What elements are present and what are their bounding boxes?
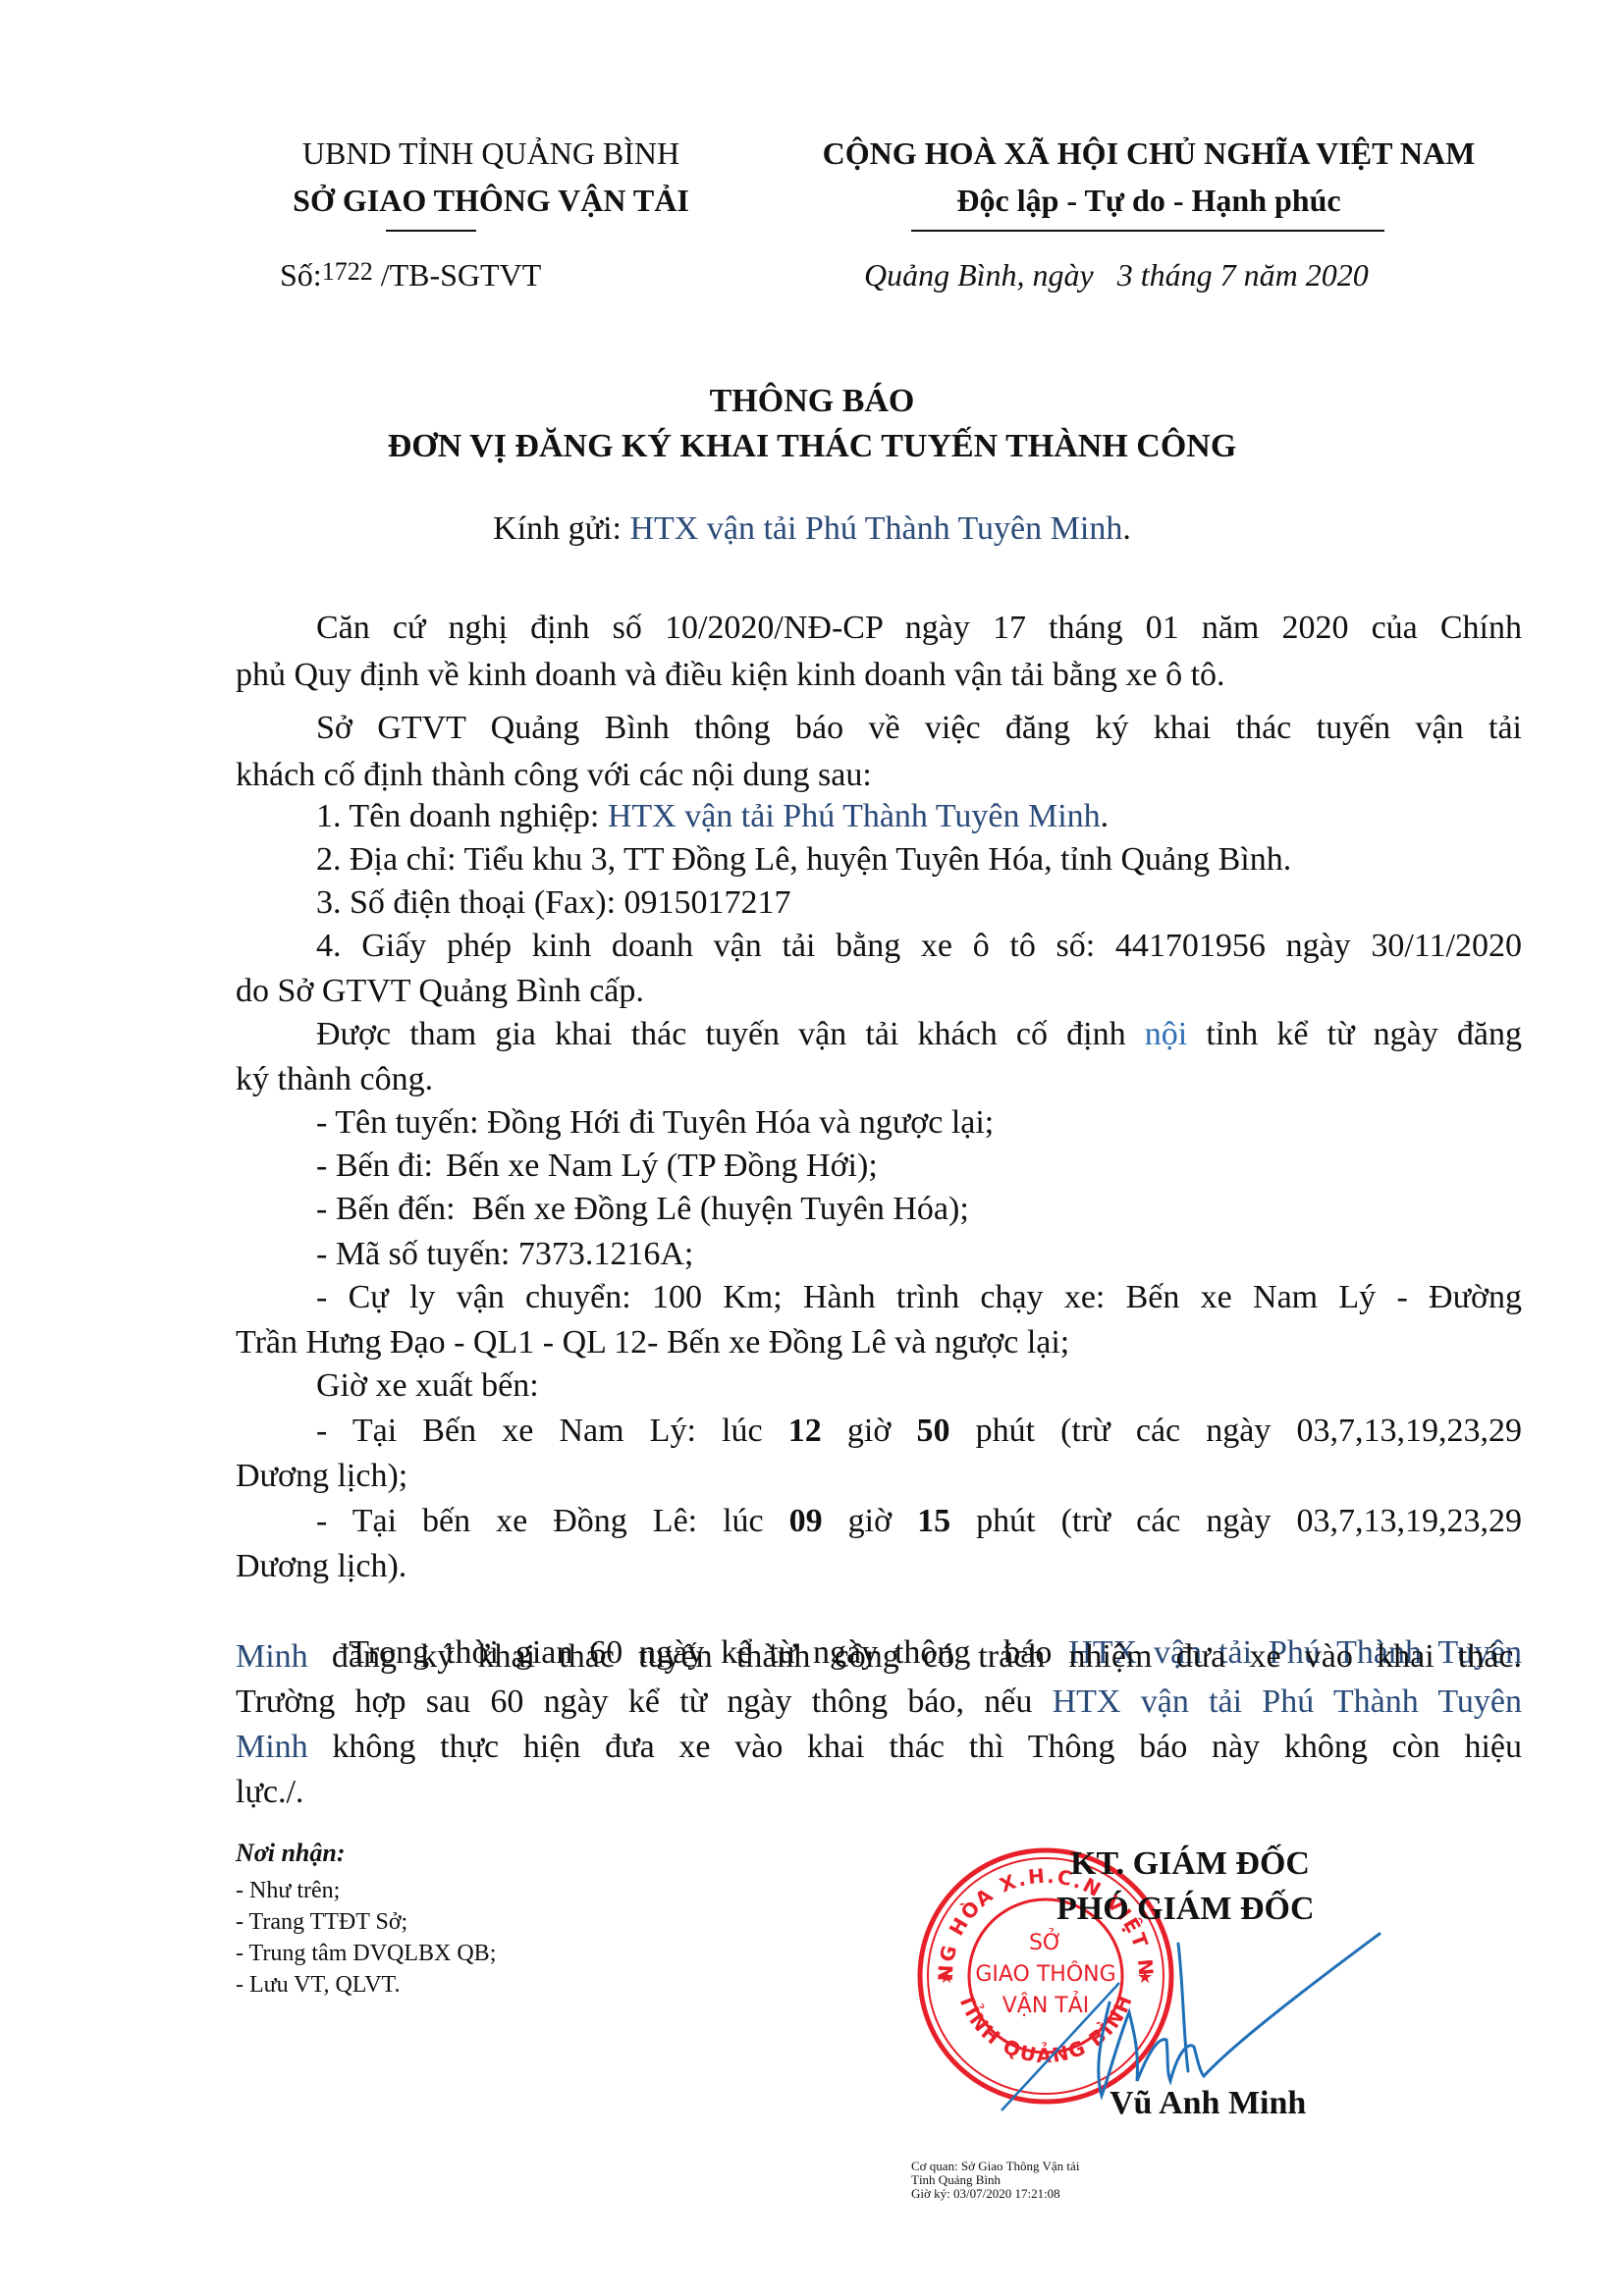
route-arrival: - Bến đến: Bến xe Đồng Lê (huyện Tuyên H…: [236, 1190, 1522, 1229]
route-code: - Mã số tuyến: 7373.1216A;: [236, 1235, 1522, 1274]
sched1-hour: 12: [788, 1413, 822, 1449]
receivers-heading: Nơi nhận:: [236, 1838, 346, 1869]
schedule-nam-ly-2: Dương lịch);: [236, 1457, 1522, 1496]
schedule-dong-le: - Tại bến xe Đồng Lê: lúc 09 giờ 15 phút…: [236, 1502, 1522, 1541]
deadline-text-b: đăng ký khai thác tuyến thành công có tr…: [308, 1638, 1522, 1675]
document-title: THÔNG BÁO: [0, 379, 1624, 424]
paragraph-deadline-5: lực./.: [236, 1773, 1522, 1812]
deadline-company-b: Minh: [236, 1638, 308, 1675]
item-company-name: 1. Tên doanh nghiệp: HTX vận tải Phú Thà…: [236, 797, 1522, 836]
deadline-text-c: Trường hợp sau 60 ngày kể từ ngày thông …: [236, 1683, 1053, 1720]
sched1-b: giờ: [822, 1413, 917, 1449]
sched2-a: - Tại bến xe Đồng Lê: lúc: [316, 1503, 789, 1539]
item-address: 2. Địa chỉ: Tiểu khu 3, TT Đồng Lê, huyệ…: [236, 840, 1522, 880]
paragraph-deadline-3: Trường hợp sau 60 ngày kể từ ngày thông …: [236, 1682, 1522, 1722]
permission-text-highlight: nội: [1145, 1016, 1187, 1052]
document-date: Quảng Bình, ngày 3 tháng 7 năm 2020: [864, 255, 1369, 294]
sched2-hour: 09: [789, 1503, 823, 1539]
deadline-company-d: Minh: [236, 1729, 308, 1765]
route-departure: - Bến đi:Bến xe Nam Lý (TP Đồng Hới);: [236, 1147, 1522, 1186]
item1-end: .: [1101, 798, 1110, 834]
permission-text-a: Được tham gia khai thác tuyến vận tải kh…: [316, 1016, 1145, 1052]
stamp-star-icon: ★: [939, 1967, 954, 1987]
paragraph-deadline-4: Minh không thực hiện đưa xe vào khai thá…: [236, 1728, 1522, 1767]
national-title: CỘNG HOÀ XÃ HỘI CHỦ NGHĨA VIỆT NAM: [766, 133, 1532, 173]
item-phone: 3. Số điện thoại (Fax): 0915017217: [236, 883, 1522, 923]
digital-sign-time: Giờ ký: 03/07/2020 17:21:08: [911, 2187, 1060, 2201]
recipient-line: Kính gửi: HTX vận tải Phú Thành Tuyên Mi…: [0, 508, 1624, 550]
receiver-item: - Trung tâm DVQLBX QB;: [236, 1938, 496, 1969]
paragraph-legal-basis-1: Căn cứ nghị định số 10/2020/NĐ-CP ngày 1…: [236, 609, 1522, 648]
receiver-item: - Trang TTĐT Sở;: [236, 1906, 407, 1938]
schedule-nam-ly: - Tại Bến xe Nam Lý: lúc 12 giờ 50 phút …: [236, 1412, 1522, 1451]
recipient-name: HTX vận tải Phú Thành Tuyên Minh: [629, 510, 1122, 547]
paragraph-announce-1: Sở GTVT Quảng Bình thông báo về việc đăn…: [236, 709, 1522, 748]
recipient-label: Kính gửi:: [493, 510, 629, 547]
route-distance-2: Trần Hưng Đạo - QL1 - QL 12- Bến xe Đồng…: [236, 1323, 1522, 1362]
paragraph-announce-2: khách cố định thành công với các nội dun…: [236, 756, 1522, 795]
schedule-label: Giờ xe xuất bến:: [236, 1366, 1522, 1406]
permission-text-c: tỉnh kể từ ngày đăng: [1187, 1016, 1522, 1052]
agency-parent: UBND TỈNH QUẢNG BÌNH: [236, 133, 746, 173]
recipient-end: .: [1122, 510, 1131, 547]
doc-number-suffix: /TB-SGTVT: [373, 257, 542, 293]
receiver-item: - Như trên;: [236, 1875, 340, 1906]
digital-sign-agency: Cơ quan: Sở Giao Thông Vận tải: [911, 2160, 1079, 2173]
digital-sign-province: Tỉnh Quảng Bình: [911, 2173, 1001, 2187]
route-distance-1: - Cự ly vận chuyển: 100 Km; Hành trình c…: [236, 1278, 1522, 1317]
item-license-1: 4. Giấy phép kinh doanh vận tải bằng xe …: [236, 927, 1522, 966]
national-motto: Độc lập - Tự do - Hạnh phúc: [766, 181, 1532, 220]
receiver-item: - Lưu VT, QLVT.: [236, 1969, 400, 2001]
paragraph-permission-2: ký thành công.: [236, 1060, 1522, 1099]
motto-underline: [911, 230, 1384, 232]
signature-title-1: KT. GIÁM ĐỐC: [1070, 1843, 1310, 1885]
doc-number-value: 1722: [322, 257, 373, 286]
schedule-dong-le-2: Dương lịch).: [236, 1547, 1522, 1586]
signer-name: Vũ Anh Minh: [1110, 2083, 1306, 2124]
agency-underline: [386, 230, 476, 232]
agency-name: SỞ GIAO THÔNG VẬN TẢI: [236, 181, 746, 220]
deadline-company-c: HTX vận tải Phú Thành Tuyên: [1053, 1683, 1522, 1720]
paragraph-permission-1: Được tham gia khai thác tuyến vận tải kh…: [236, 1015, 1522, 1054]
paragraph-deadline-2: Minh đăng ký khai thác tuyến thành công …: [236, 1637, 1522, 1677]
document-number: Số:1722 /TB-SGTVT: [280, 255, 541, 297]
doc-number-prefix: Số:: [280, 257, 322, 293]
document-subtitle: ĐƠN VỊ ĐĂNG KÝ KHAI THÁC TUYẾN THÀNH CÔN…: [0, 424, 1624, 469]
item-license-2: do Sở GTVT Quảng Bình cấp.: [236, 972, 1522, 1011]
sched1-c: phút (trừ các ngày 03,7,13,19,23,29: [949, 1413, 1522, 1449]
sched2-minute: 15: [917, 1503, 950, 1539]
route-name: - Tên tuyến: Đồng Hới đi Tuyên Hóa và ng…: [236, 1103, 1522, 1143]
item1-label: 1. Tên doanh nghiệp:: [316, 798, 608, 834]
paragraph-legal-basis-2: phủ Quy định về kinh doanh và điều kiện …: [236, 656, 1522, 695]
item1-value: HTX vận tải Phú Thành Tuyên Minh: [608, 798, 1101, 834]
sched1-minute: 50: [916, 1413, 949, 1449]
sched2-b: giờ: [823, 1503, 917, 1539]
departure-label: - Bến đi:: [316, 1147, 446, 1186]
departure-value: Bến xe Nam Lý (TP Đồng Hới);: [446, 1148, 878, 1184]
deadline-text-d: không thực hiện đưa xe vào khai thác thì…: [308, 1729, 1522, 1765]
sched2-c: phút (trừ các ngày 03,7,13,19,23,29: [950, 1503, 1522, 1539]
sched1-a: - Tại Bến xe Nam Lý: lúc: [316, 1413, 788, 1449]
